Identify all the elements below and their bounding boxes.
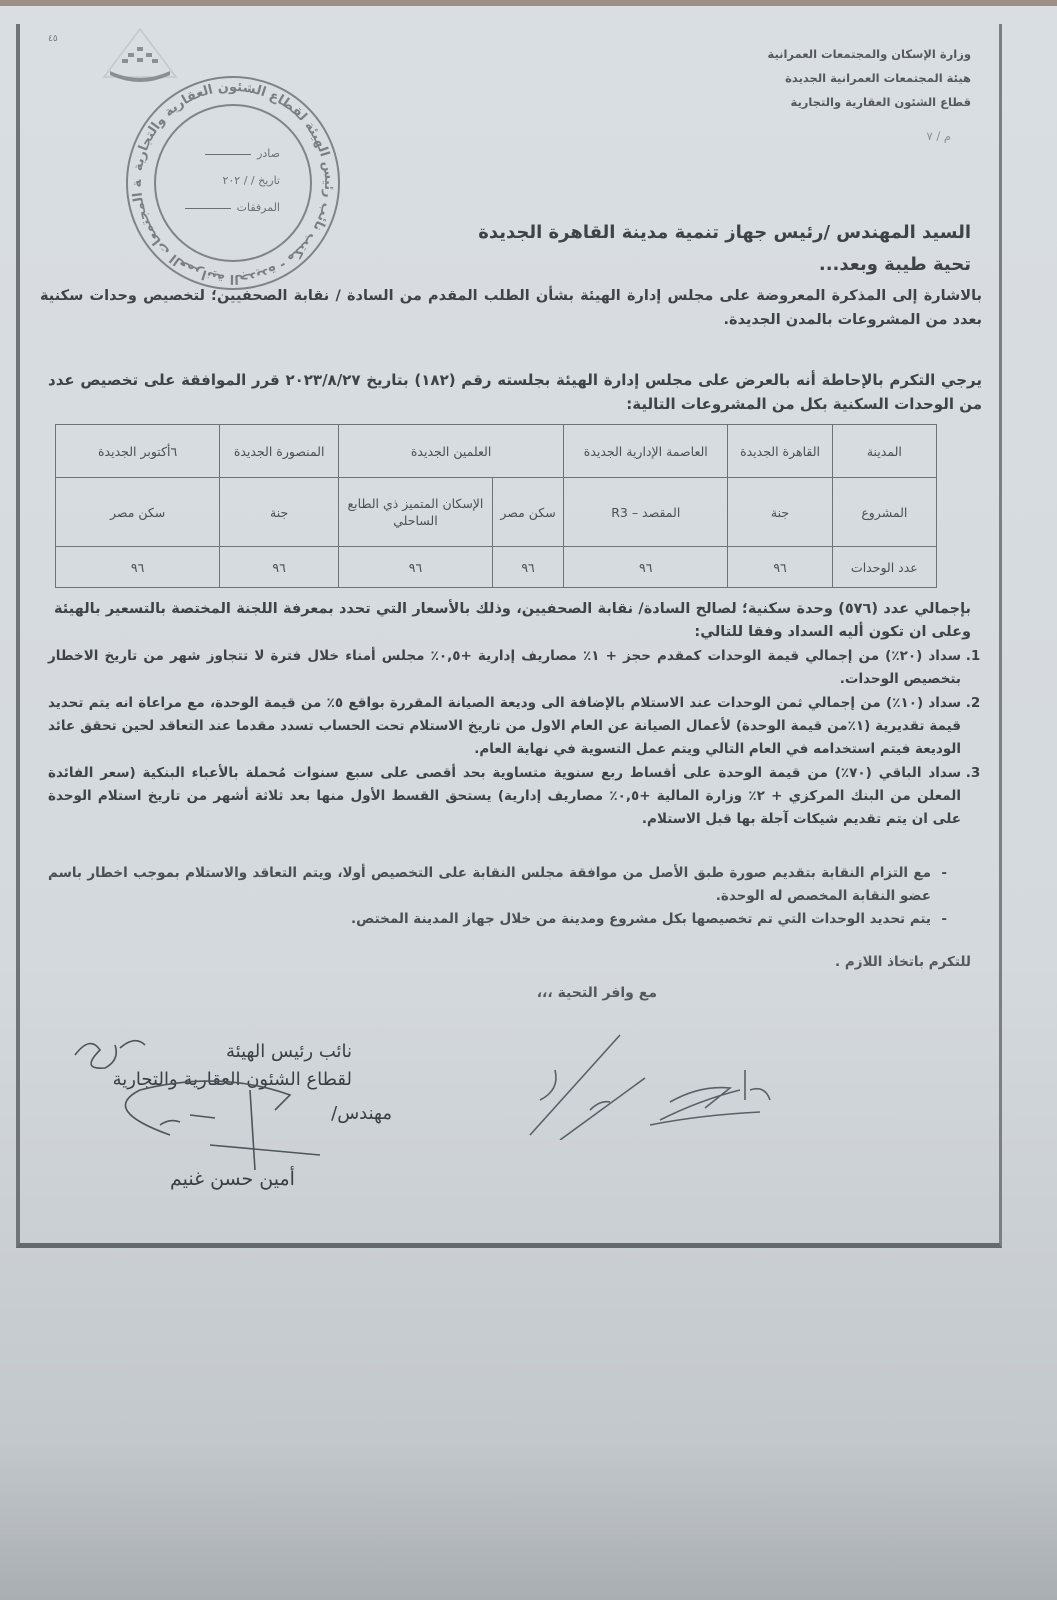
stamp-fields: صادر تاريخ / / ٢٠٢ المرفقات bbox=[170, 140, 280, 221]
greeting: تحية طيبة وبعد... bbox=[819, 254, 971, 275]
handwritten-signature-icon bbox=[500, 1030, 780, 1140]
closing-regards: مع وافر التحية ،،، bbox=[537, 985, 657, 1001]
closing-request: للتكرم باتخاذ اللازم . bbox=[835, 954, 971, 970]
cell-project: جنة bbox=[220, 478, 339, 547]
letterhead: وزارة الإسكان والمجتمعات العمرانية هيئة … bbox=[768, 42, 972, 148]
signatory-signature-icon bbox=[60, 1030, 360, 1180]
payment-term: سداد (١٠٪) من إجمالي ثمن الوحدات عند الا… bbox=[48, 692, 961, 761]
cell-project: المقصد – R3 bbox=[564, 478, 728, 547]
addressee: السيد المهندس /رئيس جهاز تنمية مدينة الق… bbox=[478, 222, 971, 243]
cell-units: ٩٦ bbox=[492, 547, 563, 588]
stamp-attachments-label: المرفقات bbox=[237, 201, 280, 214]
cell-city: العاصمة الإدارية الجديدة bbox=[564, 425, 728, 478]
ministry-name: وزارة الإسكان والمجتمعات العمرانية bbox=[768, 42, 972, 66]
page-number: ٤٥ bbox=[48, 34, 58, 44]
row-label-city: المدينة bbox=[832, 425, 936, 478]
row-label-project: المشروع bbox=[832, 478, 936, 547]
reference-number: م / ٧ bbox=[768, 124, 952, 148]
units-allocation-table: المدينة القاهرة الجديدة العاصمة الإدارية… bbox=[55, 424, 937, 588]
decision-paragraph: يرجي التكرم بالإحاطة أنه بالعرض على مجلس… bbox=[48, 368, 982, 416]
table-row-project: المشروع جنة المقصد – R3 سكن مصر الإسكان … bbox=[56, 478, 937, 547]
table-row-units: عدد الوحدات ٩٦ ٩٦ ٩٦ ٩٦ ٩٦ ٩٦ bbox=[56, 547, 937, 588]
notes-list: مع التزام النقابة بتقديم صورة طبق الأصل … bbox=[48, 862, 963, 931]
note-item: مع التزام النقابة بتقديم صورة طبق الأصل … bbox=[48, 862, 945, 908]
cell-city: القاهرة الجديدة bbox=[728, 425, 832, 478]
cell-project: سكن مصر bbox=[492, 478, 563, 547]
payment-term: سداد الباقي (٧٠٪) من قيمة الوحدة على أقس… bbox=[48, 762, 961, 831]
stamp-date-label: تاريخ bbox=[258, 174, 280, 187]
payment-terms-list: سداد (٢٠٪) من إجمالي قيمة الوحدات كمقدم … bbox=[48, 645, 987, 832]
total-paragraph: بإجمالي عدد (٥٧٦) وحدة سكنية؛ لصالح السا… bbox=[54, 598, 971, 644]
payment-term: سداد (٢٠٪) من إجمالي قيمة الوحدات كمقدم … bbox=[48, 645, 961, 691]
cell-city: العلمين الجديدة bbox=[339, 425, 564, 478]
intro-paragraph: بالاشارة إلى المذكرة المعروضة على مجلس إ… bbox=[40, 284, 982, 332]
cell-city: ٦أكتوبر الجديدة bbox=[56, 425, 220, 478]
cell-units: ٩٦ bbox=[564, 547, 728, 588]
table-row-city: المدينة القاهرة الجديدة العاصمة الإدارية… bbox=[56, 425, 937, 478]
cell-project: جنة bbox=[728, 478, 832, 547]
signatory-name: أمين حسن غنيم bbox=[170, 1168, 295, 1190]
row-label-units: عدد الوحدات bbox=[832, 547, 936, 588]
cell-units: ٩٦ bbox=[56, 547, 220, 588]
cell-project: الإسكان المتميز ذي الطابع الساحلي bbox=[339, 478, 493, 547]
sector-name: قطاع الشئون العقارية والتجارية bbox=[768, 90, 972, 114]
authority-name: هيئة المجتمعات العمرانية الجديدة bbox=[768, 66, 972, 90]
stamp-outgoing-label: صادر bbox=[257, 147, 280, 160]
cell-city: المنصورة الجديدة bbox=[220, 425, 339, 478]
cell-units: ٩٦ bbox=[339, 547, 493, 588]
note-item: يتم تحديد الوحدات التي تم تخصيصها بكل مش… bbox=[48, 908, 945, 931]
cell-units: ٩٦ bbox=[220, 547, 339, 588]
photo-top-edge bbox=[0, 0, 1057, 6]
cell-project: سكن مصر bbox=[56, 478, 220, 547]
stamp-date-value: / / ٢٠٢ bbox=[222, 174, 254, 187]
cell-units: ٩٦ bbox=[728, 547, 832, 588]
